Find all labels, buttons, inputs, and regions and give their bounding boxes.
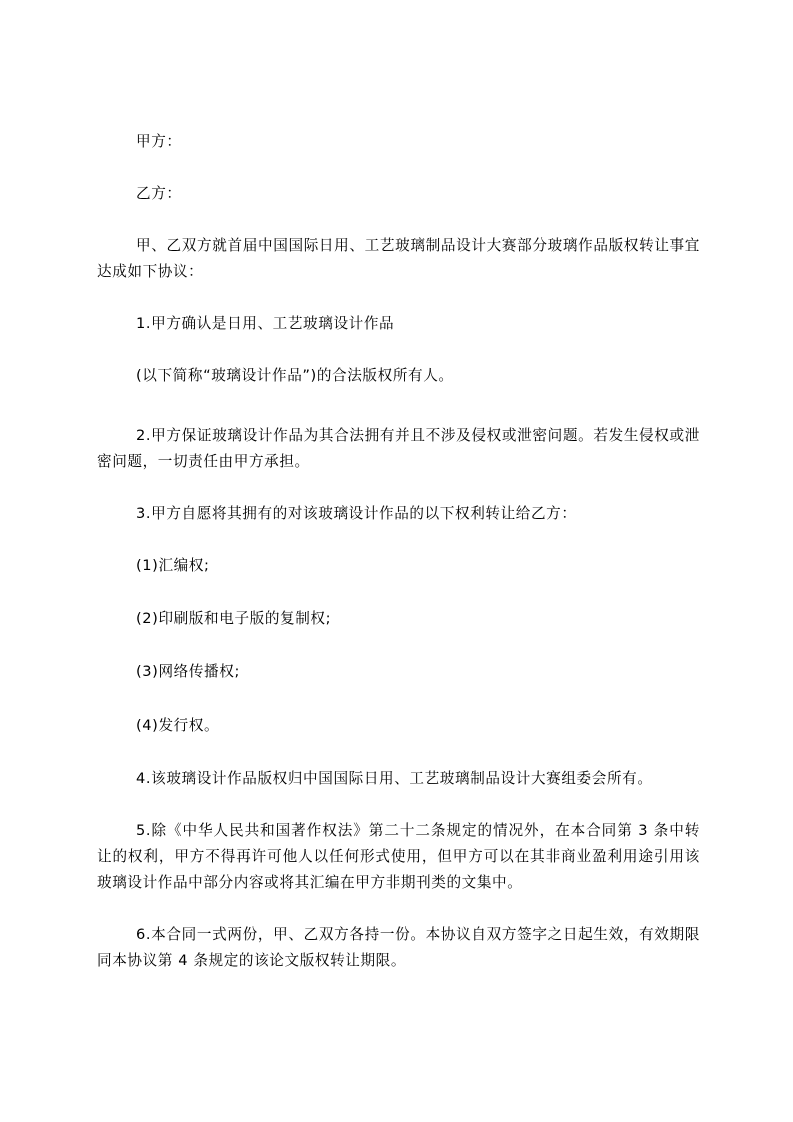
clause-6: 6.本合同一式两份，甲、乙双方各持一份。本协议自双方签字之日起生效，有效期限同本… — [97, 922, 700, 974]
clause-3-item-1: (1)汇编权; — [97, 553, 700, 579]
party-b-label: 乙方： — [97, 181, 700, 207]
clause-1: 1.甲方确认是日用、工艺玻璃设计作品 — [97, 311, 700, 337]
clause-3-item-4: (4)发行权。 — [97, 713, 700, 739]
clause-3-item-3: (3)网络传播权; — [97, 659, 700, 685]
clause-5: 5.除《中华人民共和国著作权法》第二十二条规定的情况外，在本合同第 3 条中转让… — [97, 818, 700, 896]
clause-4: 4.该玻璃设计作品版权归中国国际日用、工艺玻璃制品设计大赛组委会所有。 — [97, 766, 700, 792]
clause-1-continuation: (以下简称“玻璃设计作品”)的合法版权所有人。 — [97, 363, 700, 389]
clause-3-item-2: (2)印刷版和电子版的复制权; — [97, 606, 700, 632]
clause-2: 2.甲方保证玻璃设计作品为其合法拥有并且不涉及侵权或泄密问题。若发生侵权或泄密问… — [97, 423, 700, 475]
intro-paragraph: 甲、乙双方就首届中国国际日用、工艺玻璃制品设计大赛部分玻璃作品版权转让事宜达成如… — [97, 233, 700, 285]
party-a-label: 甲方： — [97, 129, 700, 155]
clause-3: 3.甲方自愿将其拥有的对该玻璃设计作品的以下权利转让给乙方： — [97, 501, 700, 527]
